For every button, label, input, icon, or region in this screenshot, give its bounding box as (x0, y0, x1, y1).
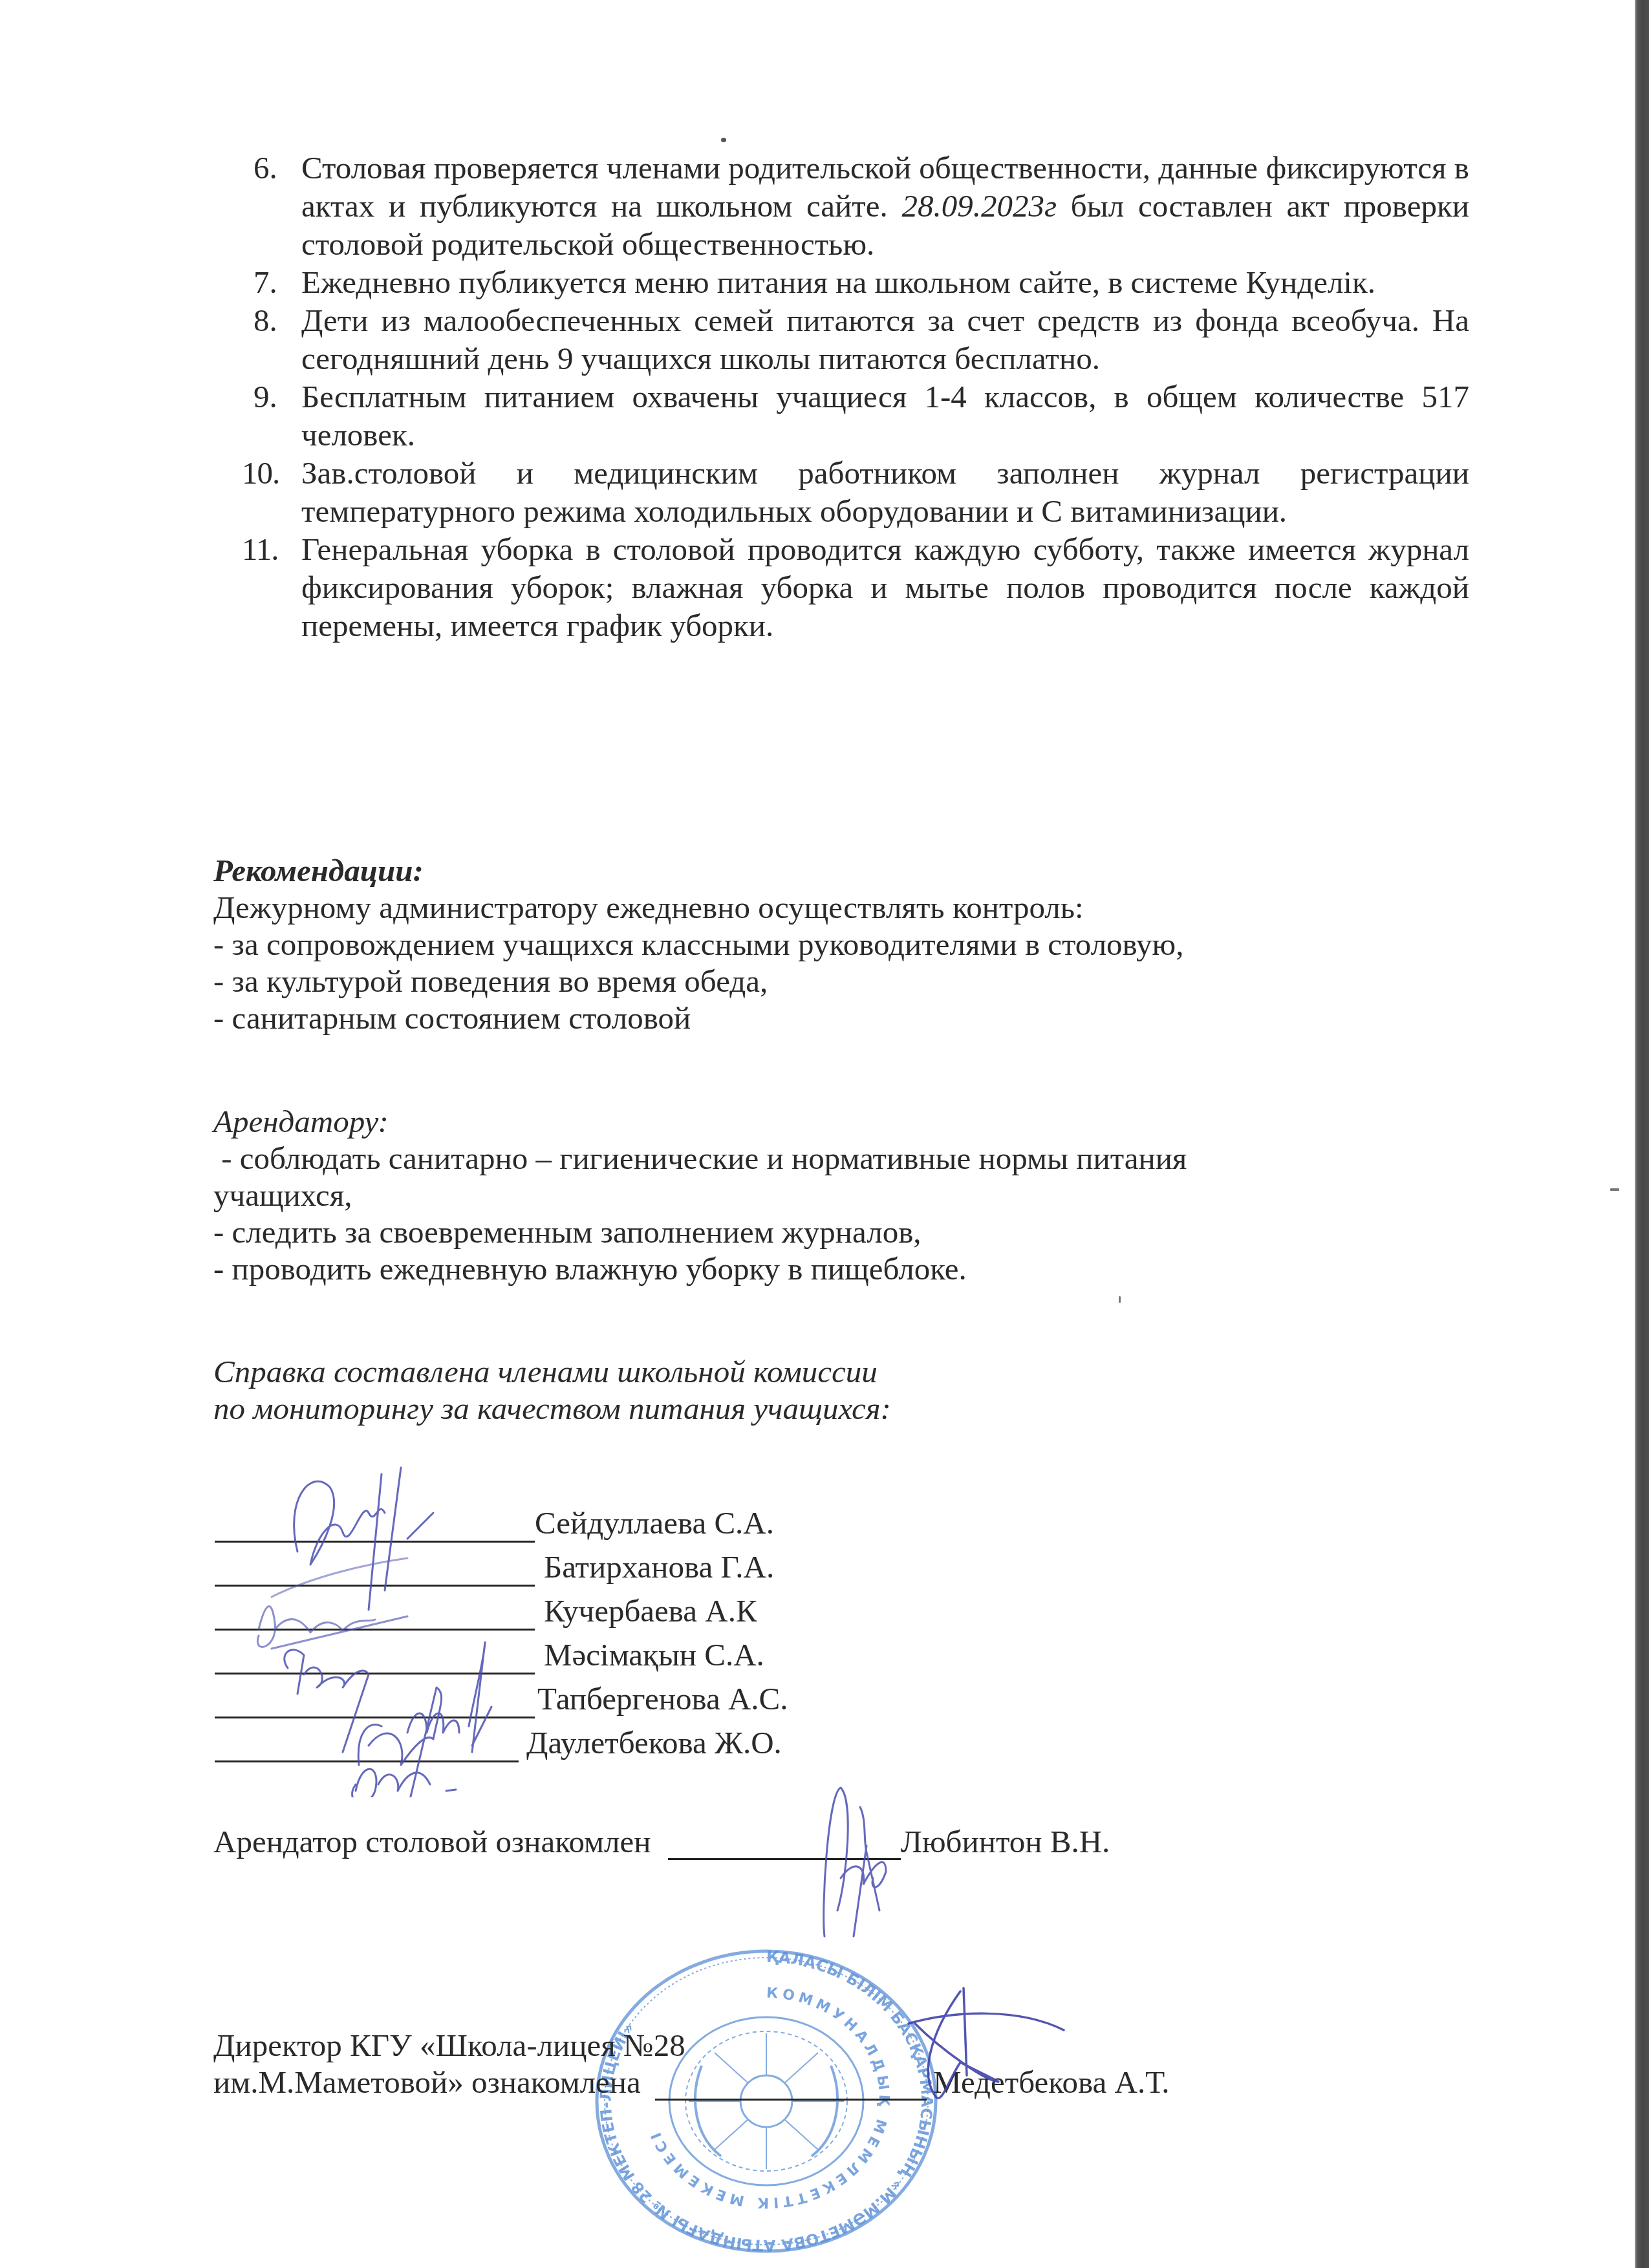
finding-item: 9. Бесплатным питанием охвачены учащиеся… (253, 378, 1469, 454)
tenant-ack-label: Арендатор столовой ознакомлен (213, 1824, 651, 1859)
scan-speck (1610, 1188, 1619, 1191)
scanner-edge-strip (1635, 0, 1649, 2268)
tenant-item: - проводить ежедневную влажную уборку в … (213, 1250, 1187, 1287)
recommendation-item: - санитарным состоянием столовой (213, 1000, 1183, 1036)
signature-line (215, 1685, 535, 1718)
item-number: 10. (242, 454, 279, 492)
tenant-name: Любинтон В.Н. (901, 1824, 1110, 1859)
commission-signature-row: Тапбергенова А.С. (215, 1680, 788, 1718)
member-name: Батирханова Г.А. (544, 1549, 774, 1585)
signature-line (668, 1830, 901, 1860)
tenant-item: - соблюдать санитарно – гигиенические и … (213, 1140, 1187, 1177)
findings-list: 6. Столовая проверяется членами родитель… (253, 149, 1469, 645)
tenant-section: Арендатору: - соблюдать санитарно – гиги… (213, 1103, 1187, 1287)
member-name: Мәсімақын С.А. (544, 1637, 764, 1673)
commission-signature-row: Батирханова Г.А. (215, 1548, 774, 1587)
finding-item: 6. Столовая проверяется членами родитель… (253, 149, 1469, 263)
finding-item: 10. Зав.столовой и медицинским работнико… (253, 454, 1469, 530)
tenant-heading: Арендатору: (213, 1103, 1187, 1140)
director-title: Директор КГУ «Школа-лицея №28 (213, 2027, 685, 2064)
item-number: 6. (253, 149, 277, 187)
signature-line (215, 1554, 535, 1587)
commission-signature-row: Кучербаева А.К (215, 1592, 757, 1631)
recommendation-item: - за сопровождением учащихся классными р… (213, 926, 1183, 963)
commission-signature-row: Мәсімақын С.А. (215, 1636, 764, 1674)
member-name: Даулетбекова Ж.О. (526, 1725, 782, 1760)
tenant-signature (802, 1781, 905, 1943)
recommendation-item: - за культурой поведения во время обеда, (213, 963, 1183, 1000)
member-name: Тапбергенова А.С. (537, 1681, 788, 1717)
member-name: Кучербаева А.К (544, 1593, 757, 1629)
commission-signature-row: Даулетбекова Ж.О. (215, 1724, 782, 1762)
item-number: 7. (253, 263, 277, 301)
member-name: Сейдуллаева С.А. (535, 1505, 774, 1541)
director-acknowledgment: им.М.Маметовой» ознакомлена Медетбекова … (213, 2064, 1169, 2101)
tenant-acknowledgment: Арендатор столовой ознакомлен Любинтон В… (213, 1823, 1110, 1860)
tenant-item: учащихся, (213, 1177, 1187, 1214)
tenant-item: - следить за своевременным заполнением ж… (213, 1214, 1187, 1250)
signature-line (215, 1510, 535, 1543)
commission-note: Справка составлена членами школьной коми… (213, 1353, 891, 1427)
item-number: 8. (253, 301, 277, 339)
recommendations-heading: Рекомендации: (213, 852, 1183, 889)
signature-line (215, 1729, 519, 1762)
recommendations-section: Рекомендации: Дежурному администратору е… (213, 852, 1183, 1036)
scan-speck (1119, 1296, 1121, 1303)
item-number: 11. (242, 530, 278, 568)
commission-signature-row: Сейдуллаева С.А. (215, 1504, 774, 1543)
act-date: 28.09.2023г (901, 188, 1057, 224)
item-number: 9. (253, 378, 277, 416)
recommendations-intro: Дежурному администратору ежедневно осуще… (213, 889, 1183, 926)
scan-speck (721, 138, 726, 142)
finding-item: 11. Генеральная уборка в столовой провод… (253, 530, 1469, 645)
signature-line (215, 1598, 535, 1631)
finding-item: 8. Дети из малообеспеченных семей питают… (253, 301, 1469, 378)
director-name: Медетбекова А.Т. (933, 2064, 1169, 2100)
signature-line (215, 1642, 535, 1674)
signature-line (655, 2070, 927, 2101)
finding-item: 7. Ежедневно публикуется меню питания на… (253, 263, 1469, 301)
